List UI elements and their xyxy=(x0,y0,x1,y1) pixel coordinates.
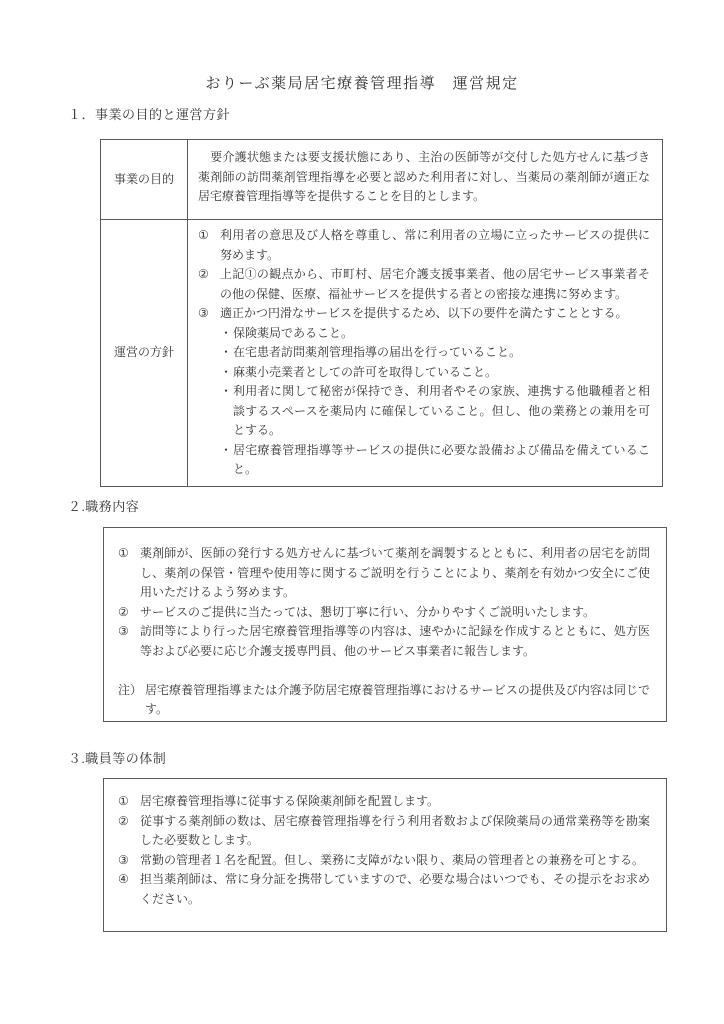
staffing-item: ① 居宅療養管理指導に従事する保険薬剤師を配置します。 xyxy=(118,792,650,812)
item-text: サービスのご提供に当たっては、懇切丁寧に行い、分かりやすくご説明いたします。 xyxy=(140,603,650,623)
staffing-item: ② 従事する薬剤師の数は、居宅療養管理指導を行う利用者数および保険薬局の通常業務… xyxy=(118,812,650,851)
row-header-policy: 運営の方針 xyxy=(101,220,188,487)
item-text: 利用者の意思及び人格を尊重し、常に利用者の立場に立ったサービスの提供に努めます。 xyxy=(220,226,650,265)
note-marker: 注） xyxy=(118,681,145,701)
staffing-item: ④ 担当薬剤師は、常に身分証を携帯していますので、必要な場合はいつでも、その提示… xyxy=(118,870,650,909)
bullet-marker: ・ xyxy=(220,343,233,363)
staffing-box: ① 居宅療養管理指導に従事する保険薬剤師を配置します。 ② 従事する薬剤師の数は… xyxy=(103,778,667,932)
item-marker: ② xyxy=(118,603,140,623)
bullet-marker: ・ xyxy=(220,324,233,344)
policy-bullet: ・ 居宅療養管理指導等サービスの提供に必要な設備および備品を備えていること。 xyxy=(220,441,650,480)
item-marker: ① xyxy=(118,792,140,812)
item-text: 常勤の管理者１名を配置。但し、業務に支障がない限り、薬局の管理者との兼務を可とす… xyxy=(140,851,650,871)
policy-bullet: ・ 麻薬小売業者としての許可を取得していること。 xyxy=(220,363,650,383)
bullet-text: 麻薬小売業者としての許可を取得していること。 xyxy=(233,363,650,383)
item-text: 居宅療養管理指導に従事する保険薬剤師を配置します。 xyxy=(140,792,650,812)
document-title: おりーぶ薬局居宅療養管理指導 運営規定 xyxy=(0,72,724,93)
item-text: 薬剤師が、医師の発行する処方せんに基づいて薬剤を調製するとともに、利用者の居宅を… xyxy=(140,544,650,603)
duty-note: 注） 居宅療養管理指導または介護予防居宅療養管理指導におけるサービスの提供及び内… xyxy=(118,681,650,720)
bullet-text: 居宅療養管理指導等サービスの提供に必要な設備および備品を備えていること。 xyxy=(233,441,650,480)
table-row-purpose: 事業の目的 要介護状態または要支援状態にあり、主治の医師等が交付した処方せんに基… xyxy=(101,140,663,220)
duties-box: ① 薬剤師が、医師の発行する処方せんに基づいて薬剤を調製するとともに、利用者の居… xyxy=(103,527,667,722)
table-row-policy: 運営の方針 ① 利用者の意思及び人格を尊重し、常に利用者の立場に立ったサービスの… xyxy=(101,220,663,487)
item-marker: ③ xyxy=(198,304,220,324)
section3-heading: ３.職員等の体制 xyxy=(68,748,166,767)
note-text: 居宅療養管理指導または介護予防居宅療養管理指導におけるサービスの提供及び内容は同… xyxy=(145,681,650,720)
item-marker: ① xyxy=(118,544,140,564)
section1-heading: １．事業の目的と運営方針 xyxy=(68,104,230,123)
policy-item: ② 上記①の観点から、市町村、居宅介護支援事業者、他の居宅サービス事業者その他の… xyxy=(198,265,650,304)
bullet-marker: ・ xyxy=(220,382,233,402)
policy-item: ① 利用者の意思及び人格を尊重し、常に利用者の立場に立ったサービスの提供に努めま… xyxy=(198,226,650,265)
duty-item: ① 薬剤師が、医師の発行する処方せんに基づいて薬剤を調製するとともに、利用者の居… xyxy=(118,544,650,603)
policy-item: ③ 適正かつ円滑なサービスを提供するため、以下の要件を満たすこととする。 xyxy=(198,304,650,324)
row-header-purpose: 事業の目的 xyxy=(101,140,188,220)
bullet-text: 利用者に関して秘密が保持でき、利用者やその家族、連携する他職種者と相談するスペー… xyxy=(233,382,650,441)
item-marker: ③ xyxy=(118,851,140,871)
bullet-text: 在宅患者訪問薬剤管理指導の届出を行っていること。 xyxy=(233,343,650,363)
purpose-cell: 要介護状態または要支援状態にあり、主治の医師等が交付した処方せんに基づき薬剤師の… xyxy=(188,140,663,220)
item-text: 訪問等により行った居宅療養管理指導等の内容は、速やかに記録を作成するとともに、処… xyxy=(140,622,650,661)
item-marker: ③ xyxy=(118,622,140,642)
policy-bullet: ・ 保険薬局であること。 xyxy=(220,324,650,344)
bullet-marker: ・ xyxy=(220,441,233,461)
item-text: 適正かつ円滑なサービスを提供するため、以下の要件を満たすこととする。 xyxy=(220,304,650,324)
policy-bullet: ・ 利用者に関して秘密が保持でき、利用者やその家族、連携する他職種者と相談するス… xyxy=(220,382,650,441)
bullet-marker: ・ xyxy=(220,363,233,383)
policy-bullet: ・ 在宅患者訪問薬剤管理指導の届出を行っていること。 xyxy=(220,343,650,363)
item-text: 上記①の観点から、市町村、居宅介護支援事業者、他の居宅サービス事業者その他の保健… xyxy=(220,265,650,304)
purpose-text: 要介護状態または要支援状態にあり、主治の医師等が交付した処方せんに基づき薬剤師の… xyxy=(198,148,650,207)
item-text: 担当薬剤師は、常に身分証を携帯していますので、必要な場合はいつでも、その提示をお… xyxy=(140,870,650,909)
policy-cell: ① 利用者の意思及び人格を尊重し、常に利用者の立場に立ったサービスの提供に努めま… xyxy=(188,220,663,487)
item-marker: ② xyxy=(198,265,220,285)
duty-item: ③ 訪問等により行った居宅療養管理指導等の内容は、速やかに記録を作成するとともに… xyxy=(118,622,650,661)
item-text: 従事する薬剤師の数は、居宅療養管理指導を行う利用者数および保険薬局の通常業務等を… xyxy=(140,812,650,851)
section2-heading: ２.職務内容 xyxy=(68,496,139,515)
bullet-text: 保険薬局であること。 xyxy=(233,324,650,344)
staffing-item: ③ 常勤の管理者１名を配置。但し、業務に支障がない限り、薬局の管理者との兼務を可… xyxy=(118,851,650,871)
item-marker: ② xyxy=(118,812,140,832)
duty-item: ② サービスのご提供に当たっては、懇切丁寧に行い、分かりやすくご説明いたします。 xyxy=(118,603,650,623)
item-marker: ① xyxy=(198,226,220,246)
document-page: おりーぶ薬局居宅療養管理指導 運営規定 １．事業の目的と運営方針 事業の目的 要… xyxy=(0,0,724,1024)
purpose-policy-table: 事業の目的 要介護状態または要支援状態にあり、主治の医師等が交付した処方せんに基… xyxy=(100,139,663,487)
item-marker: ④ xyxy=(118,870,140,890)
